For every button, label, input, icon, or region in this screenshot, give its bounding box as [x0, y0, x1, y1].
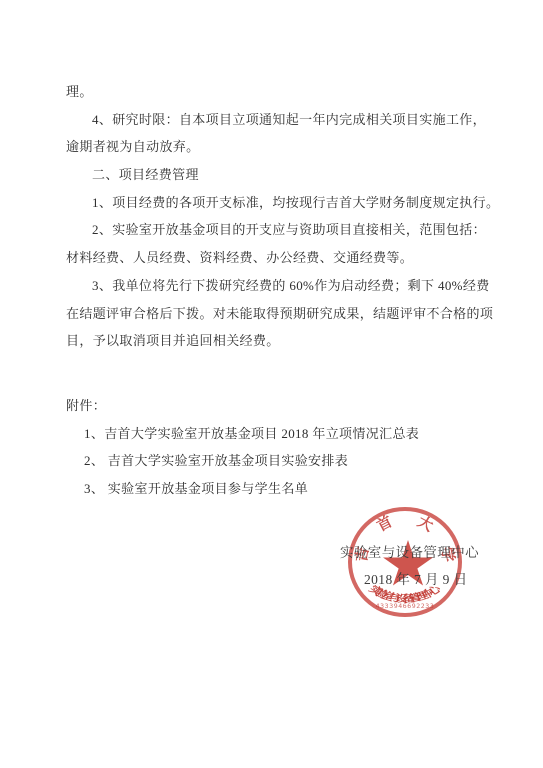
document-page: 理。4、研究时限：自本项目立项通知起一年内完成相关项目实施工作，逾期者视为自动放… [0, 0, 543, 768]
body-text-line: 在结题评审合格后下拨。对未能取得预期研究成果，结题评审不合格的项 [66, 300, 486, 328]
attachments-list: 1、吉首大学实验室开放基金项目 2018 年立项情况汇总表2、 吉首大学实验室开… [66, 420, 486, 503]
body-text-line: 材料经费、人员经费、资料经费、办公经费、交通经费等。 [66, 244, 486, 272]
body-text-line: 1、项目经费的各项开支标准，均按现行吉首大学财务制度规定执行。 [66, 189, 486, 217]
attachments-section: 附件： 1、吉首大学实验室开放基金项目 2018 年立项情况汇总表2、 吉首大学… [66, 392, 486, 503]
body-text-line: 二、项目经费管理 [66, 161, 486, 189]
body-text: 理。4、研究时限：自本项目立项通知起一年内完成相关项目实施工作，逾期者视为自动放… [66, 78, 486, 355]
attachments-label: 附件： [66, 392, 486, 420]
body-text-line: 3、我单位将先行下拨研究经费的 60%作为启动经费；剩下 40%经费 [66, 272, 486, 300]
seal-serial-number: 4333946692233 [376, 602, 435, 610]
signature-date: 2018 年 7 月 9 日 [364, 568, 467, 588]
seal-org-name-arc: 实验室与设备管理中心 [338, 511, 472, 613]
attachment-item: 1、吉首大学实验室开放基金项目 2018 年立项情况汇总表 [66, 420, 486, 448]
body-text-line: 4、研究时限：自本项目立项通知起一年内完成相关项目实施工作， [66, 106, 486, 134]
signature-org: 实验室与设备管理中心 [340, 541, 479, 561]
attachment-item: 3、 实验室开放基金项目参与学生名单 [66, 475, 486, 503]
body-text-line: 逾期者视为自动放弃。 [66, 133, 486, 161]
official-seal: 吉首大学 实验室与设备管理中心 4333946692233 [348, 507, 462, 617]
body-text-line: 理。 [66, 78, 486, 106]
attachment-item: 2、 吉首大学实验室开放基金项目实验安排表 [66, 447, 486, 475]
body-text-line: 目，予以取消项目并追回相关经费。 [66, 327, 486, 355]
body-text-line: 2、实验室开放基金项目的开支应与资助项目直接相关，范围包括： [66, 216, 486, 244]
